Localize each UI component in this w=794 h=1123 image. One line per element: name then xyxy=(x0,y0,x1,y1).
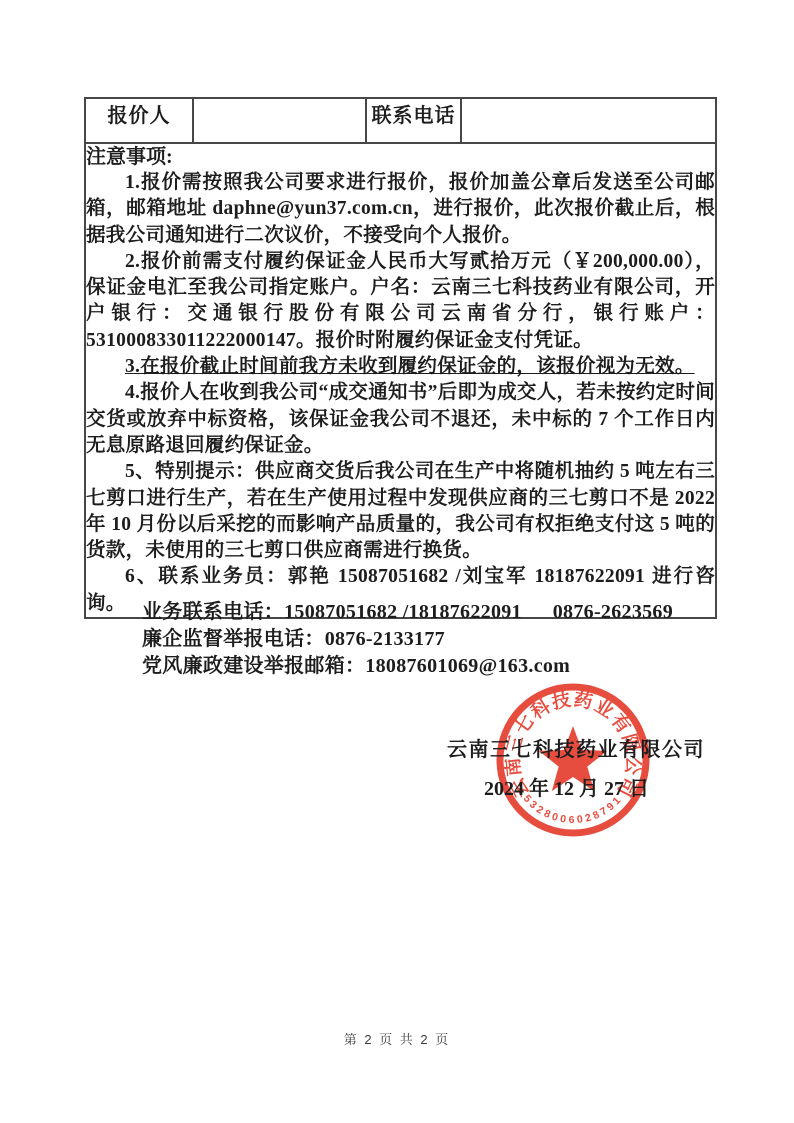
note-item-1: 1.报价需按照我公司要求进行报价，报价加盖公章后发送至公司邮箱，邮箱地址 dap… xyxy=(86,170,715,249)
quoter-value-cell xyxy=(193,98,366,143)
document-page: 报价人 联系电话 注意事项: 1.报价需按照我公司要求进行报价，报价加盖公章后发… xyxy=(0,0,794,1123)
table-row: 注意事项: 1.报价需按照我公司要求进行报价，报价加盖公章后发送至公司邮箱，邮箱… xyxy=(85,143,716,618)
note-item-2: 2.报价前需支付履约保证金人民币大写贰拾万元（￥200,000.00），保证金电… xyxy=(86,249,715,354)
notes-cell: 注意事项: 1.报价需按照我公司要求进行报价，报价加盖公章后发送至公司邮箱，邮箱… xyxy=(85,143,716,618)
contact-phone-label: 联系电话 xyxy=(366,98,461,143)
note-item-3: 3.在报价截止时间前我方未收到履约保证金的，该报价视为无效。 xyxy=(86,354,715,380)
table-row: 报价人 联系电话 xyxy=(85,98,716,143)
signature-company-name: 云南三七科技药业有限公司 xyxy=(447,733,705,762)
quoter-label: 报价人 xyxy=(85,98,193,143)
page-number-footer: 第 2 页 共 2 页 xyxy=(0,1029,794,1048)
quoter-info-table: 报价人 联系电话 注意事项: 1.报价需按照我公司要求进行报价，报价加盖公章后发… xyxy=(84,97,717,619)
contact-phone-value-cell xyxy=(461,98,716,143)
business-phone-line: 业务联系电话：15087051682 /18187622091 0876-262… xyxy=(142,599,673,626)
note-item-5: 5、特别提示：供应商交货后我公司在生产中将随机抽约 5 吨左右三七剪口进行生产，… xyxy=(86,459,715,564)
signature-date: 2024 年 12 月 27 日 xyxy=(484,772,649,801)
notes-heading: 注意事项: xyxy=(86,144,715,170)
note-item-4: 4.报价人在收到我公司“成交通知书”后即为成交人，若未按约定时间交货或放弃中标资… xyxy=(86,380,715,459)
